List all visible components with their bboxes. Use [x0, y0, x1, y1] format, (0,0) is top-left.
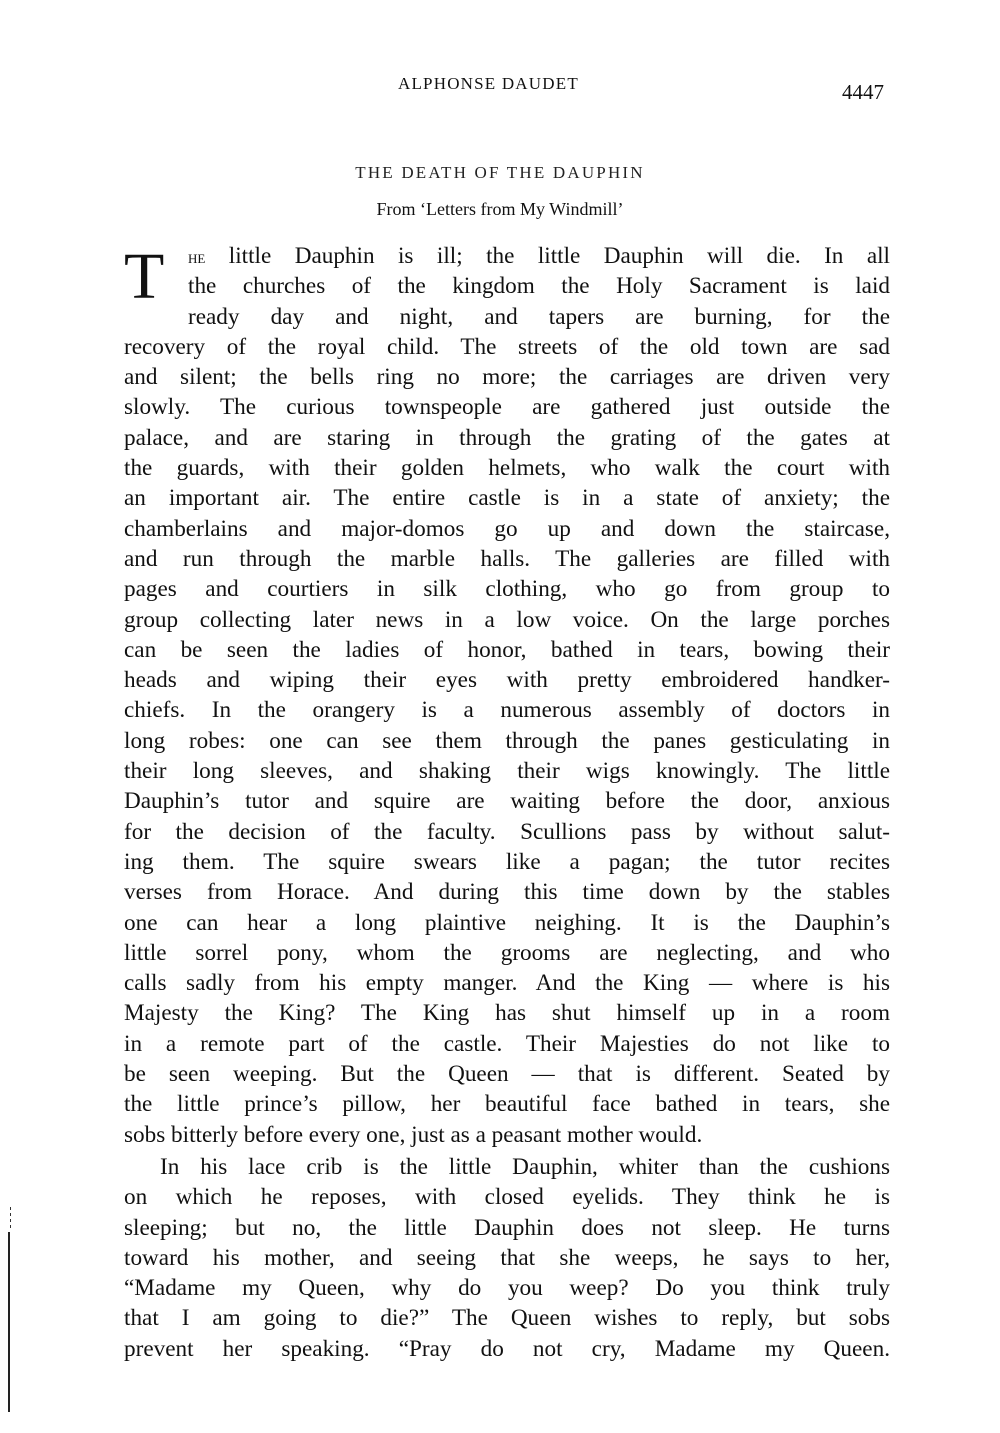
text-line: long robes: one can see them through the… [124, 726, 890, 756]
text-line: ready day and night, and tapers are burn… [124, 302, 890, 332]
text-line: sleeping; but no, the little Dauphin doe… [124, 1213, 890, 1243]
text-line: pages and courtiers in silk clothing, wh… [124, 574, 890, 604]
text-line: Majesty the King? The King has shut hims… [124, 998, 890, 1028]
text-line: an important air. The entire castle is i… [124, 483, 890, 513]
text-line: sobs bitterly before every one, just as … [124, 1120, 890, 1150]
chapter-title: THE DEATH OF THE DAUPHIN [0, 163, 1000, 183]
text-line: the little prince’s pillow, her beautifu… [124, 1089, 890, 1119]
chapter-subtitle: From ‘Letters from My Windmill’ [0, 199, 1000, 220]
paragraph-1: he little Dauphin is ill; the little Dau… [124, 241, 890, 1150]
text-line: slowly. The curious townspeople are gath… [124, 392, 890, 422]
text-line: group collecting later news in a low voi… [124, 605, 890, 635]
scan-artifact-dots [10, 1207, 11, 1229]
text-line: prevent her speaking. “Pray do not cry, … [124, 1334, 890, 1364]
text-line: on which he reposes, with closed eyelids… [124, 1182, 890, 1212]
text-line: heads and wiping their eyes with pretty … [124, 665, 890, 695]
text-line: the guards, with their golden helmets, w… [124, 453, 890, 483]
text-line: Dauphin’s tutor and squire are waiting b… [124, 786, 890, 816]
text-line: can be seen the ladies of honor, bathed … [124, 635, 890, 665]
text-line: verses from Horace. And during this time… [124, 877, 890, 907]
text-line: the churches of the kingdom the Holy Sac… [124, 271, 890, 301]
text-line: for the decision of the faculty. Scullio… [124, 817, 890, 847]
text-line: that I am going to die?” The Queen wishe… [124, 1303, 890, 1333]
text-line: little sorrel pony, whom the grooms are … [124, 938, 890, 968]
text-line: in a remote part of the castle. Their Ma… [124, 1029, 890, 1059]
text-line: recovery of the royal child. The streets… [124, 332, 890, 362]
text-line: calls sadly from his empty manger. And t… [124, 968, 890, 998]
text-line: he little Dauphin is ill; the little Dau… [124, 241, 890, 271]
text-line: chamberlains and major-domos go up and d… [124, 514, 890, 544]
text-line: ing them. The squire swears like a pagan… [124, 847, 890, 877]
text-line: toward his mother, and seeing that she w… [124, 1243, 890, 1273]
text-line: and silent; the bells ring no more; the … [124, 362, 890, 392]
small-caps-word: he [188, 247, 205, 268]
text-line: one can hear a long plaintive neighing. … [124, 908, 890, 938]
page-number: 4447 [842, 80, 884, 105]
text-line: chiefs. In the orangery is a numerous as… [124, 695, 890, 725]
text-line: “Madame my Queen, why do you weep? Do yo… [124, 1273, 890, 1303]
text-line: and run through the marble halls. The ga… [124, 544, 890, 574]
scan-artifact-line [8, 1232, 10, 1412]
text-line: be seen weeping. But the Queen — that is… [124, 1059, 890, 1089]
paragraph-2: In his lace crib is the little Dauphin, … [124, 1152, 890, 1364]
text-line: palace, and are staring in through the g… [124, 423, 890, 453]
running-head: ALPHONSE DAUDET [398, 74, 579, 94]
text-line: their long sleeves, and shaking their wi… [124, 756, 890, 786]
text-line: In his lace crib is the little Dauphin, … [124, 1152, 890, 1182]
